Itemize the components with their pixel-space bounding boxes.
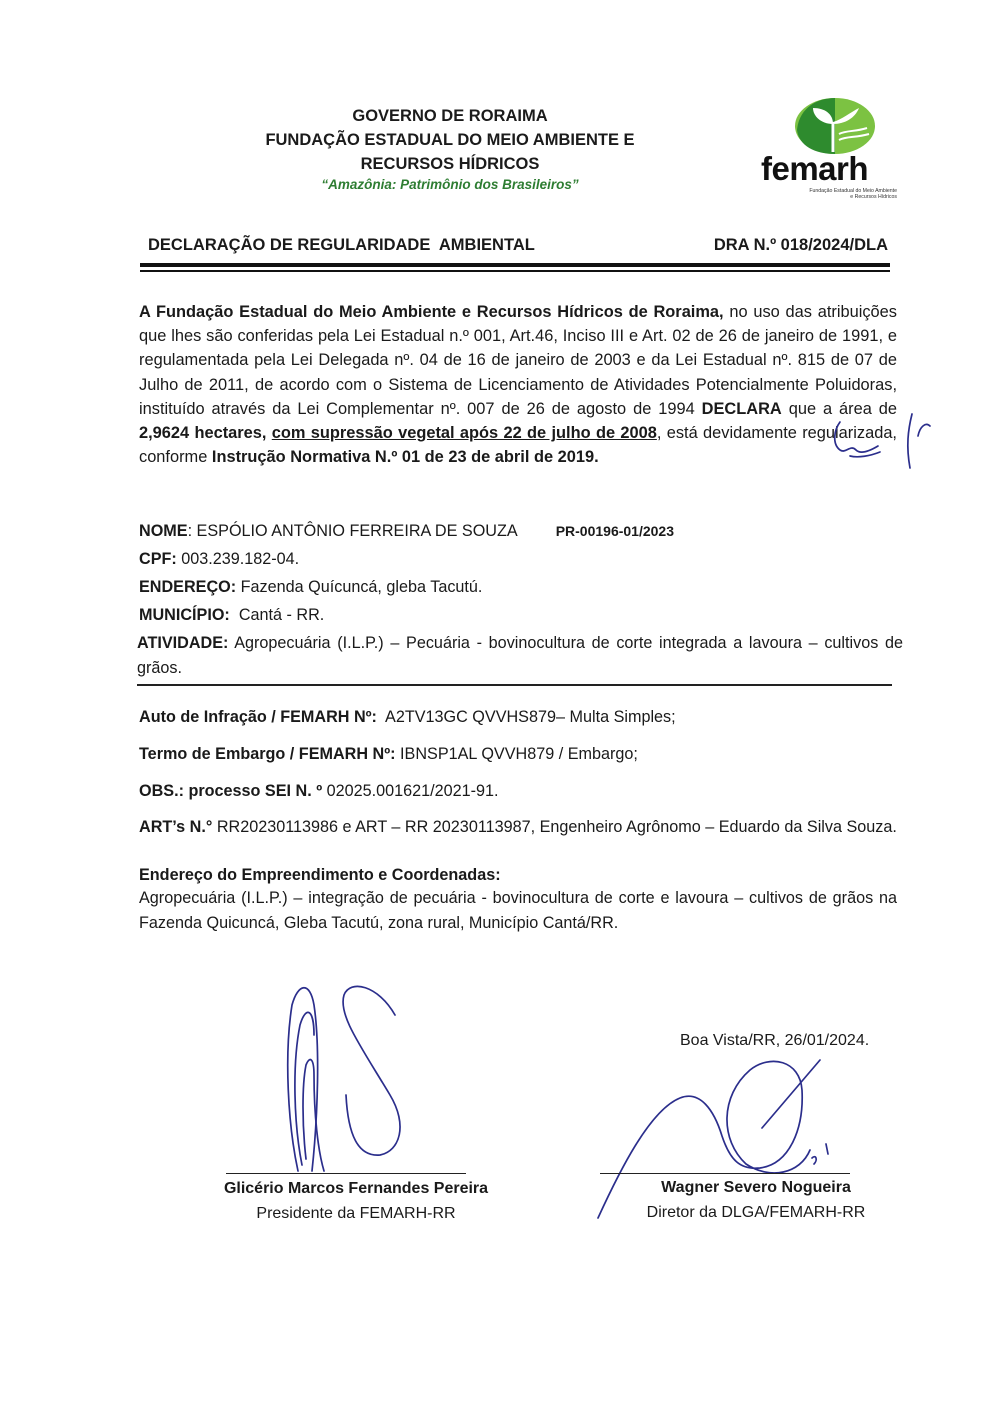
motto: “Amazônia: Patrimônio dos Brasileiros” bbox=[230, 176, 670, 194]
field-endereco: ENDEREÇO: Fazenda Quícuncá, gleba Tacutú… bbox=[139, 575, 899, 599]
endereco-empreendimento-value: Agropecuária (I.L.P.) – integração de pe… bbox=[139, 889, 897, 932]
auto-infracao-label: Auto de Infração / FEMARH Nº: bbox=[139, 708, 377, 726]
process-code: PR-00196-01/2023 bbox=[556, 523, 674, 539]
area-value: 2,9624 hectares, bbox=[139, 424, 266, 442]
foundation-name-line2: RECURSOS HÍDRICOS bbox=[230, 152, 670, 176]
signer-role-president: Presidente da FEMARH-RR bbox=[200, 1205, 512, 1223]
suppression-note: com supressão vegetal após 22 de julho d… bbox=[272, 424, 657, 442]
declara-keyword: DECLARA bbox=[702, 400, 782, 418]
endereco-empreendimento-label: Endereço do Empreendimento e Coordenadas… bbox=[139, 866, 501, 884]
signature-president bbox=[240, 975, 460, 1185]
logo-subtitle-line2: e Recursos Hídricos bbox=[809, 194, 897, 200]
femarh-logo: femarh Fundação Estadual do Meio Ambient… bbox=[755, 94, 905, 206]
letterhead: GOVERNO DE RORAIMA FUNDAÇÃO ESTADUAL DO … bbox=[230, 104, 670, 194]
atividade-label: ATIVIDADE: bbox=[137, 634, 228, 652]
endereco-label: ENDEREÇO: bbox=[139, 578, 236, 596]
signer-name-director: Wagner Severo Nogueira bbox=[610, 1179, 902, 1197]
field-endereco-empreendimento: Agropecuária (I.L.P.) – integração de pe… bbox=[139, 886, 897, 936]
field-art: ART’s N.° RR20230113986 e ART – RR 20230… bbox=[139, 815, 897, 840]
document-title: DECLARAÇÃO DE REGULARIDADE AMBIENTAL bbox=[148, 236, 535, 255]
government-name: GOVERNO DE RORAIMA bbox=[230, 104, 670, 128]
nome-label: NOME bbox=[139, 522, 188, 540]
field-endereco-empreendimento-label: Endereço do Empreendimento e Coordenadas… bbox=[139, 863, 899, 887]
atividade-value: Agropecuária (I.L.P.) – Pecuária - bovin… bbox=[137, 634, 903, 677]
femarh-sprout-logo-icon bbox=[755, 94, 905, 154]
signer-role-director: Diretor da DLGA/FEMARH-RR bbox=[610, 1204, 902, 1222]
signer-name-president: Glicério Marcos Fernandes Pereira bbox=[200, 1180, 512, 1198]
foundation-name-line1: FUNDAÇÃO ESTADUAL DO MEIO AMBIENTE E bbox=[230, 128, 670, 152]
signature-line-president bbox=[226, 1173, 466, 1174]
endereco-value: Fazenda Quícuncá, gleba Tacutú. bbox=[236, 578, 482, 596]
document-title-row: DECLARAÇÃO DE REGULARIDADE AMBIENTAL DRA… bbox=[148, 236, 888, 260]
field-nome: NOME: ESPÓLIO ANTÔNIO FERREIRA DE SOUZAP… bbox=[139, 519, 899, 543]
termo-embargo-label: Termo de Embargo / FEMARH Nº: bbox=[139, 745, 396, 763]
obs-label: OBS.: processo SEI N. º bbox=[139, 782, 322, 800]
field-municipio: MUNICÍPIO: Cantá - RR. bbox=[139, 603, 899, 627]
title-divider-thick bbox=[140, 263, 890, 267]
auto-infracao-value: A2TV13GC QVVHS879– Multa Simples; bbox=[377, 708, 676, 726]
municipio-value: Cantá - RR. bbox=[230, 606, 324, 624]
signature-director bbox=[590, 1040, 870, 1230]
logo-subtitle: Fundação Estadual do Meio Ambiente e Rec… bbox=[809, 188, 897, 200]
title-divider-thin bbox=[140, 270, 890, 272]
logo-wordmark: femarh bbox=[761, 150, 868, 188]
termo-embargo-value: IBNSP1AL QVVH879 / Embargo; bbox=[396, 745, 638, 763]
issuer-name: A Fundação Estadual do Meio Ambiente e R… bbox=[139, 303, 724, 321]
field-auto-infracao: Auto de Infração / FEMARH Nº: A2TV13GC Q… bbox=[139, 705, 899, 729]
field-termo-embargo: Termo de Embargo / FEMARH Nº: IBNSP1AL Q… bbox=[139, 742, 899, 766]
field-cpf: CPF: 003.239.182-04. bbox=[139, 547, 899, 571]
obs-value: 02025.001621/2021-91. bbox=[322, 782, 498, 800]
art-value: RR20230113986 e ART – RR 20230113987, En… bbox=[212, 818, 897, 836]
field-obs: OBS.: processo SEI N. º 02025.001621/202… bbox=[139, 779, 899, 803]
normative-instruction: Instrução Normativa N.º 01 de 23 de abri… bbox=[212, 448, 599, 466]
cpf-value: 003.239.182-04. bbox=[177, 550, 299, 568]
section-divider bbox=[137, 684, 892, 686]
document-number: DRA N.º 018/2024/DLA bbox=[714, 236, 888, 255]
municipio-label: MUNICÍPIO: bbox=[139, 606, 230, 624]
signature-line-director bbox=[600, 1173, 850, 1174]
cpf-label: CPF: bbox=[139, 550, 177, 568]
art-label: ART’s N.° bbox=[139, 818, 212, 836]
field-atividade: ATIVIDADE: Agropecuária (I.L.P.) – Pecuá… bbox=[137, 631, 903, 681]
handwritten-initials bbox=[820, 410, 940, 480]
declaration-paragraph: A Fundação Estadual do Meio Ambiente e R… bbox=[139, 300, 897, 469]
nome-value: : ESPÓLIO ANTÔNIO FERREIRA DE SOUZA bbox=[188, 522, 518, 540]
